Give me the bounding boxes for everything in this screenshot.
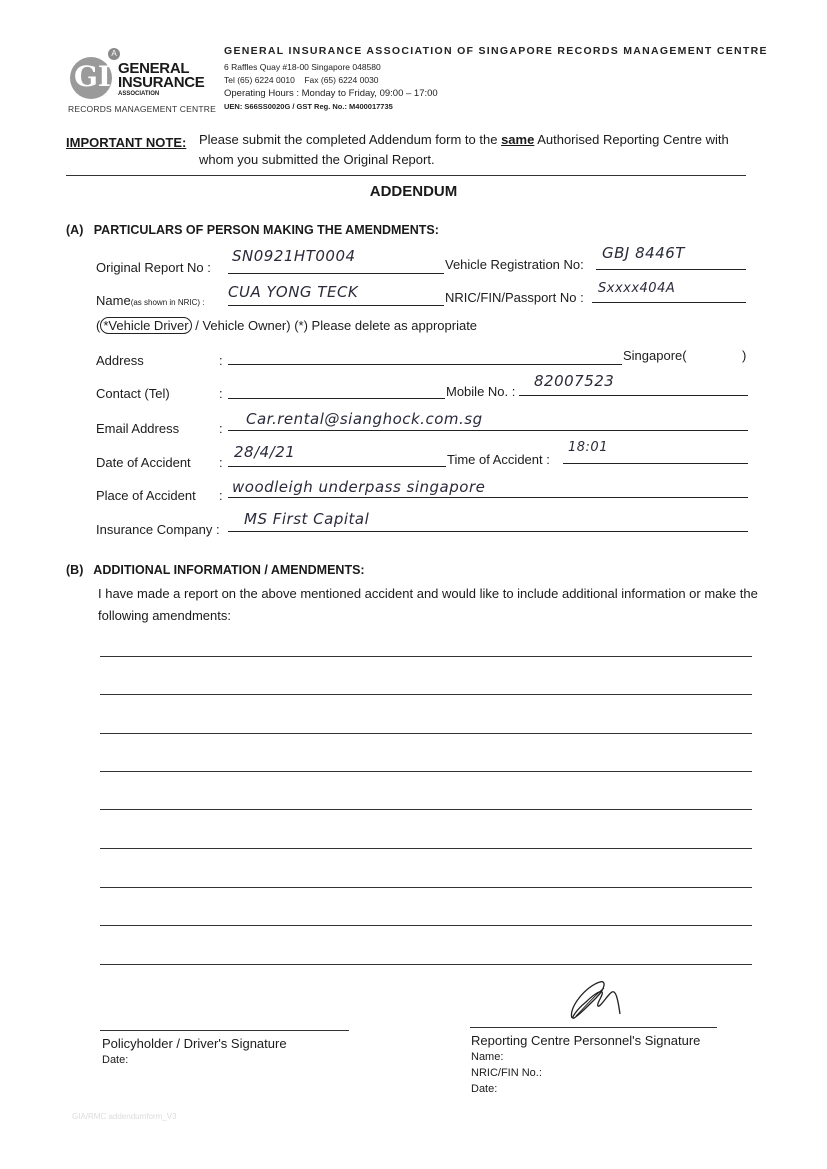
role-options-text: / Vehicle Owner) (*) Please delete as ap… [192, 318, 477, 333]
address-colon: : [219, 353, 223, 368]
email-field[interactable] [228, 430, 748, 431]
logo-monogram: GI [74, 60, 111, 93]
org-title: GENERAL INSURANCE ASSOCIATION OF SINGAPO… [224, 45, 768, 57]
form-title: ADDENDUM [0, 183, 827, 200]
amendment-line[interactable] [100, 809, 752, 810]
address-field[interactable] [228, 364, 622, 365]
date-of-accident-colon: : [219, 455, 223, 470]
amendment-line[interactable] [100, 771, 752, 772]
mobile-field[interactable] [519, 395, 748, 396]
address-label: Address [96, 353, 144, 368]
time-of-accident-label: Time of Accident : [447, 452, 550, 467]
personnel-date-label: Date: [471, 1083, 497, 1095]
logo-text-association: ASSOCIATION [118, 91, 159, 97]
place-of-accident-value: woodleigh underpass singapore [232, 478, 485, 496]
insurance-company-field[interactable] [228, 531, 748, 532]
divider [66, 175, 746, 176]
vehicle-reg-field[interactable] [596, 269, 746, 270]
contact-tel-label: Contact (Tel) [96, 386, 170, 401]
insurance-company-label: Insurance Company : [96, 522, 220, 537]
section-b-heading: (B) ADDITIONAL INFORMATION / AMENDMENTS: [66, 563, 365, 577]
original-report-value: SN0921HT0004 [232, 247, 356, 265]
personnel-signature-line[interactable] [470, 1027, 717, 1028]
name-value: CUA YONG TECK [228, 283, 358, 301]
amendment-line[interactable] [100, 887, 752, 888]
time-of-accident-field[interactable] [563, 463, 748, 464]
nric-field[interactable] [592, 302, 746, 303]
important-note-text: Please submit the completed Addendum for… [199, 130, 759, 170]
name-label-note: (as shown in NRIC) : [131, 298, 205, 307]
policyholder-signature-label: Policyholder / Driver's Signature [102, 1036, 287, 1051]
original-report-label: Original Report No : [96, 260, 211, 275]
date-of-accident-value: 28/4/21 [234, 443, 295, 461]
org-address: 6 Raffles Quay #18-00 Singapore 048580 [224, 62, 381, 72]
org-phone-fax: Tel (65) 6224 0010 Fax (65) 6224 0030 [224, 75, 379, 85]
email-value: Car.rental@sianghock.com.sg [246, 410, 483, 428]
contact-tel-field[interactable] [228, 398, 445, 399]
personnel-signature-label: Reporting Centre Personnel's Signature [471, 1033, 700, 1048]
place-of-accident-label: Place of Accident [96, 488, 196, 503]
amendment-line[interactable] [100, 694, 752, 695]
logo-text-insurance: INSURANCE [118, 76, 204, 90]
email-colon: : [219, 421, 223, 436]
form-version-footer: GIA/RMC addendumform_V3 [72, 1112, 177, 1121]
amendment-line[interactable] [100, 964, 752, 965]
signature-scribble-icon [566, 978, 630, 1024]
original-report-field[interactable] [228, 273, 444, 274]
important-note-label: IMPORTANT NOTE: [66, 135, 186, 150]
section-b-intro: I have made a report on the above mentio… [98, 583, 758, 627]
note-text-part: Please submit the completed Addendum for… [199, 132, 501, 147]
name-field[interactable] [228, 305, 444, 306]
logo-subtitle: RECORDS MANAGEMENT CENTRE [68, 104, 216, 114]
place-of-accident-colon: : [219, 488, 223, 503]
contact-tel-colon: : [219, 386, 223, 401]
logo-badge: A [108, 48, 120, 60]
time-of-accident-value: 18:01 [568, 440, 608, 455]
amendment-line[interactable] [100, 925, 752, 926]
place-of-accident-field[interactable] [228, 497, 748, 498]
personnel-nric-label: NRIC/FIN No.: [471, 1067, 542, 1079]
amendment-line[interactable] [100, 733, 752, 734]
role-selection: (*Vehicle Driver / Vehicle Owner) (*) Pl… [96, 318, 477, 333]
vehicle-reg-label: Vehicle Registration No: [445, 257, 584, 272]
name-label-main: Name [96, 293, 131, 308]
address-postal-close: ) [742, 348, 746, 363]
insurance-company-value: MS First Capital [244, 510, 369, 528]
address-singapore-label: Singapore( [623, 348, 687, 363]
section-a-heading: (A) PARTICULARS OF PERSON MAKING THE AME… [66, 223, 439, 237]
date-of-accident-label: Date of Accident [96, 455, 191, 470]
amendment-line[interactable] [100, 656, 752, 657]
name-label: Name(as shown in NRIC) : [96, 293, 204, 308]
org-hours: Operating Hours : Monday to Friday, 09:0… [224, 88, 438, 99]
note-emphasis: same [501, 132, 534, 147]
policyholder-date-label: Date: [102, 1054, 128, 1066]
mobile-label: Mobile No. : [446, 384, 515, 399]
vehicle-reg-value: GBJ 8446T [602, 244, 685, 262]
org-uen: UEN: S66SS0020G / GST Reg. No.: M4000177… [224, 102, 393, 111]
nric-value: Sxxxx404A [598, 281, 675, 296]
amendment-line[interactable] [100, 848, 752, 849]
policyholder-signature-line[interactable] [100, 1030, 349, 1031]
date-of-accident-field[interactable] [228, 466, 446, 467]
mobile-value: 82007523 [534, 372, 614, 390]
email-label: Email Address [96, 421, 179, 436]
personnel-name-label: Name: [471, 1051, 503, 1063]
role-vehicle-driver-circled[interactable]: *Vehicle Driver [100, 317, 191, 334]
nric-label: NRIC/FIN/Passport No : [445, 290, 584, 305]
